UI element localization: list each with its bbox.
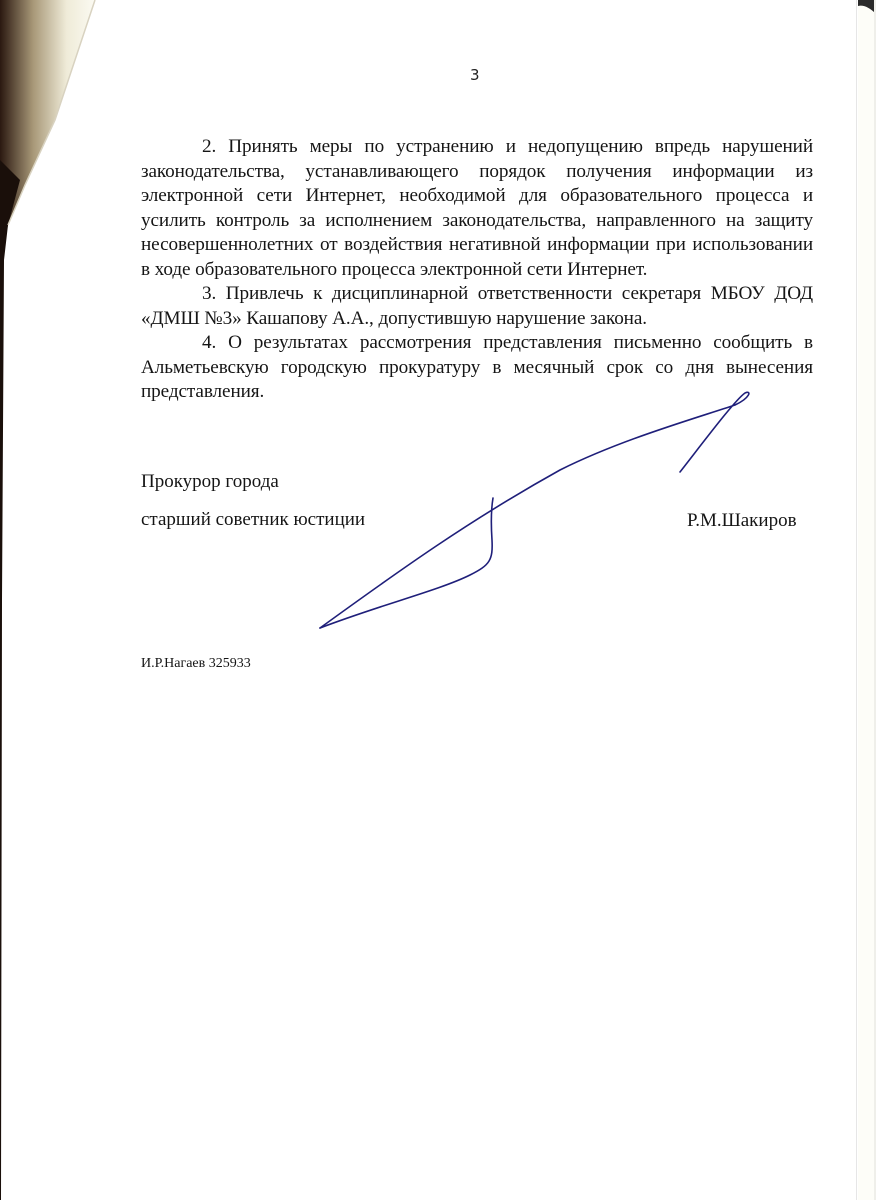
signatory-rank: старший советник юстиции (141, 509, 365, 531)
document-body: 2. Принять меры по устранению и недопуще… (141, 135, 813, 405)
scanned-page-right-edge (852, 0, 876, 1200)
paragraph-item-3: 3. Привлечь к дисциплинарной ответственн… (141, 282, 813, 331)
scanned-page-left-edge (0, 0, 100, 1200)
paragraph-item-4: 4. О результатах рассмотрения представле… (141, 331, 813, 405)
signatory-name: Р.М.Шакиров (687, 510, 797, 532)
signatory-position: Прокурор города (141, 471, 279, 493)
paragraph-item-2: 2. Принять меры по устранению и недопуще… (141, 135, 813, 282)
executor-contact: И.Р.Нагаев 325933 (141, 656, 251, 672)
page-number: 3 (470, 66, 480, 84)
